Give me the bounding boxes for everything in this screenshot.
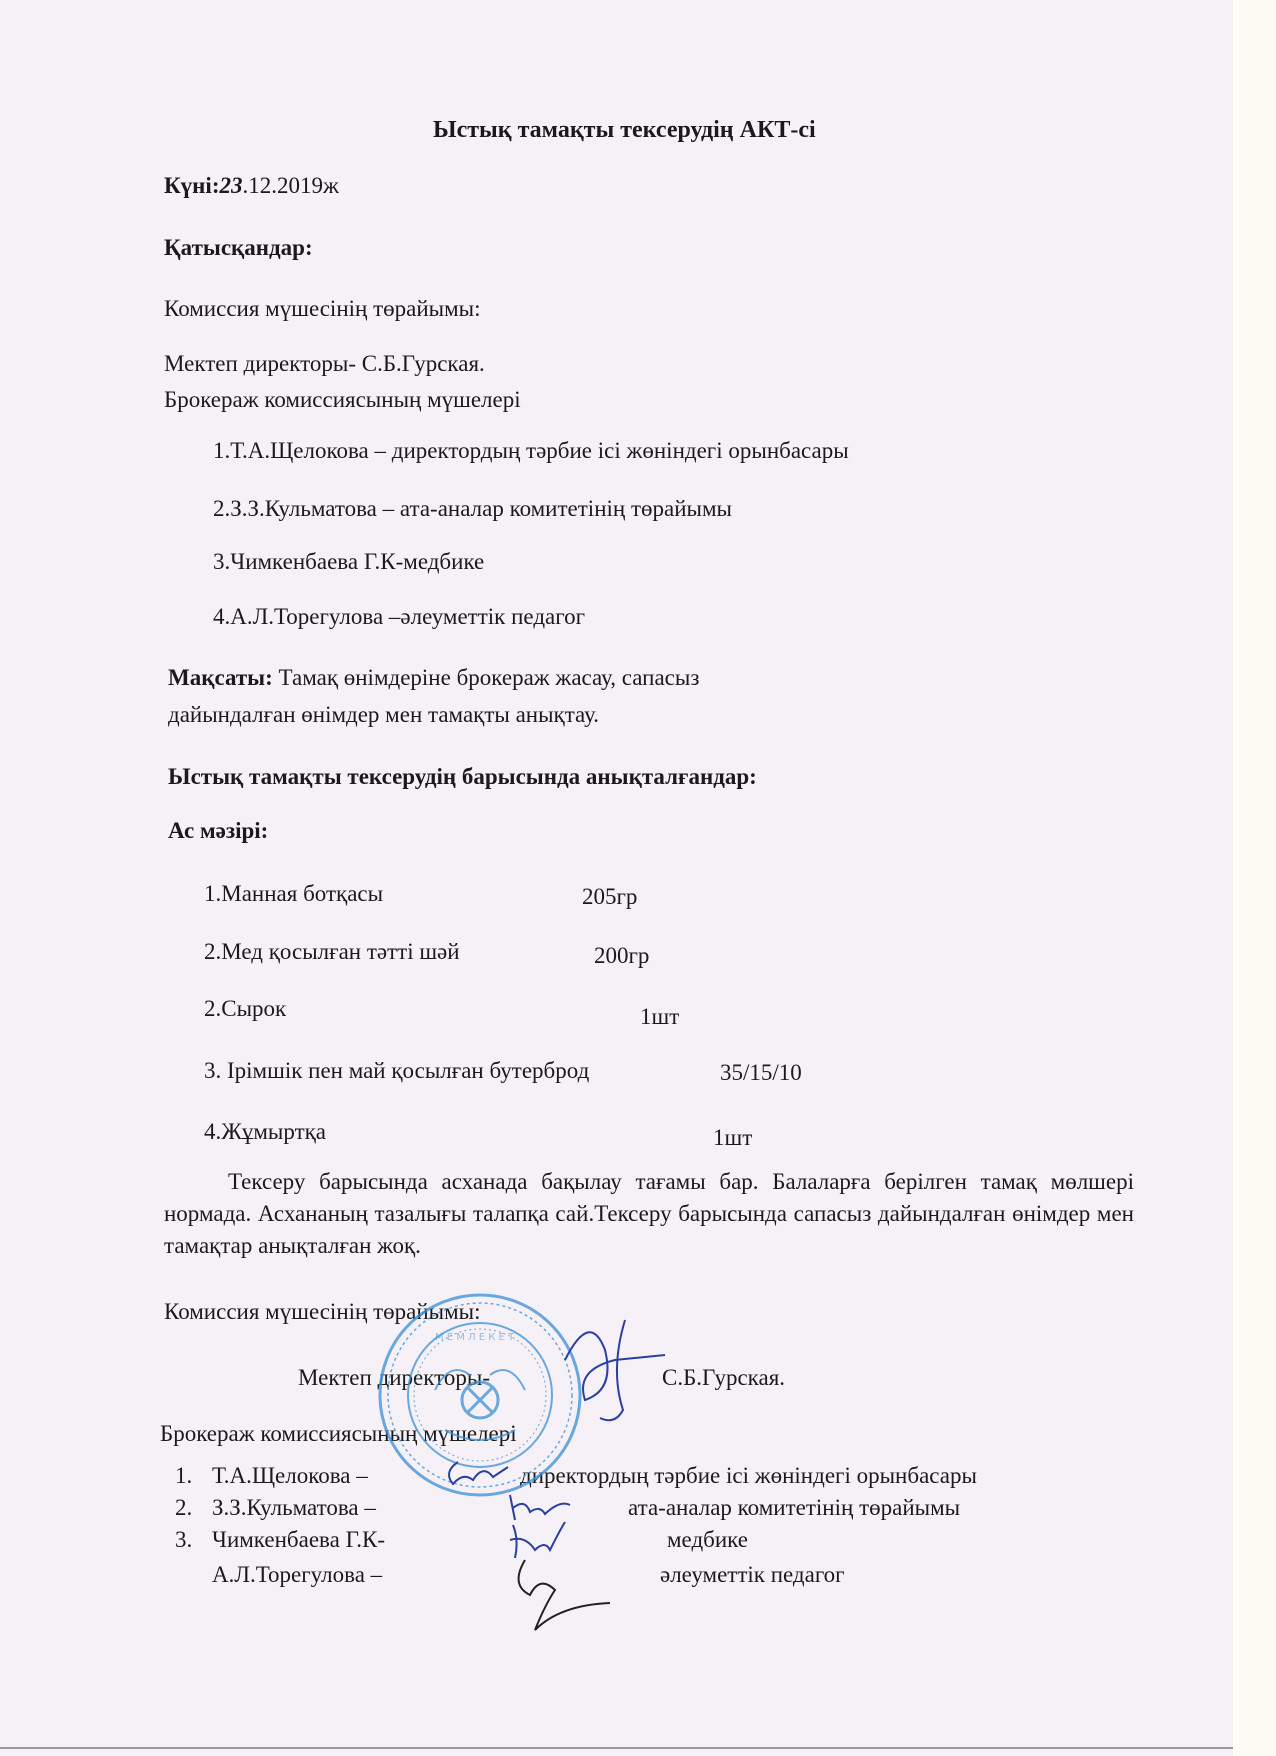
sign-member-num: 2. <box>175 1494 192 1522</box>
member-item: 3.Чимкенбаева Г.К-медбике <box>213 548 484 576</box>
member-signature-icon <box>438 1452 518 1492</box>
sign-member-name: А.Л.Торегулова – <box>212 1561 382 1589</box>
menu-qty: 1шт <box>713 1124 752 1152</box>
sign-member-role: әлеуметтік педагог <box>660 1561 845 1589</box>
sign-member-role: медбике <box>667 1526 748 1554</box>
member-signature-icon <box>500 1555 630 1635</box>
menu-item: 4.Жұмыртқа <box>204 1118 326 1146</box>
findings-heading: Ыстық тамақты тексерудің барысында анықт… <box>168 763 757 791</box>
menu-qty: 200гр <box>594 942 649 970</box>
menu-item: 2.Мед қосылған тәтті шәй <box>204 938 460 966</box>
date-handwritten-day: 23 <box>219 173 242 198</box>
participants-heading: Қатысқандар: <box>164 234 313 262</box>
sign-member-num: 1. <box>175 1462 192 1490</box>
scan-edge-strip <box>1233 0 1276 1756</box>
menu-item: 2.Сырок <box>204 995 286 1023</box>
members-heading: Брокераж комиссиясының мүшелері <box>164 386 521 414</box>
member-item: 1.Т.А.Щелокова – директордың тәрбие ісі … <box>213 437 849 465</box>
purpose-line-1: Мақсаты: Тамақ өнімдеріне брокераж жасау… <box>168 664 699 692</box>
sign-member-num: 3. <box>175 1526 192 1554</box>
conclusion-paragraph: Тексеру барысында асханада бақылау тағам… <box>164 1166 1134 1262</box>
purpose-text: Тамақ өнімдеріне брокераж жасау, сапасыз <box>273 665 700 690</box>
purpose-line-2: дайындалған өнімдер мен тамақты анықтау. <box>168 701 599 729</box>
sign-member-role: директордың тәрбие ісі жөніндегі орынбас… <box>520 1462 977 1490</box>
purpose-label: Мақсаты: <box>168 665 273 690</box>
svg-text:М Е М Л Е К Е Т: М Е М Л Е К Е Т <box>435 1332 515 1343</box>
sign-member-name: Чимкенбаева Г.К- <box>212 1526 385 1554</box>
menu-item: 1.Манная ботқасы <box>204 880 383 908</box>
director-line: Мектеп директоры- С.Б.Гурская. <box>164 350 485 378</box>
menu-qty: 35/15/10 <box>720 1059 802 1087</box>
menu-qty: 205гр <box>582 883 637 911</box>
sign-member-name: Т.А.Щелокова – <box>212 1462 368 1490</box>
date-line: Күні:23.12.2019ж <box>164 172 339 200</box>
member-item: 4.А.Л.Торегулова –әлеуметтік педагог <box>213 603 585 631</box>
scan-bottom-edge <box>0 1747 1233 1749</box>
sign-member-name: З.З.Кульматова – <box>212 1494 376 1522</box>
menu-heading: Ас мәзірі: <box>168 817 268 845</box>
director-signature-icon <box>545 1300 675 1430</box>
document-title: Ыстық тамақты тексерудің АКТ-сі <box>433 116 816 144</box>
date-label: Күні: <box>164 173 219 198</box>
date-rest: .12.2019ж <box>242 173 338 198</box>
sign-member-role: ата-аналар комитетінің төрайымы <box>628 1494 960 1522</box>
member-item: 2.З.З.Кульматова – ата-аналар комитетіні… <box>213 495 732 523</box>
menu-item: 3. Ірімшік пен май қосылған бутерброд <box>204 1057 589 1085</box>
menu-qty: 1шт <box>640 1003 679 1031</box>
chair-label: Комиссия мүшесінің төрайымы: <box>164 295 481 323</box>
sign-director-name: С.Б.Гурская. <box>662 1364 785 1392</box>
